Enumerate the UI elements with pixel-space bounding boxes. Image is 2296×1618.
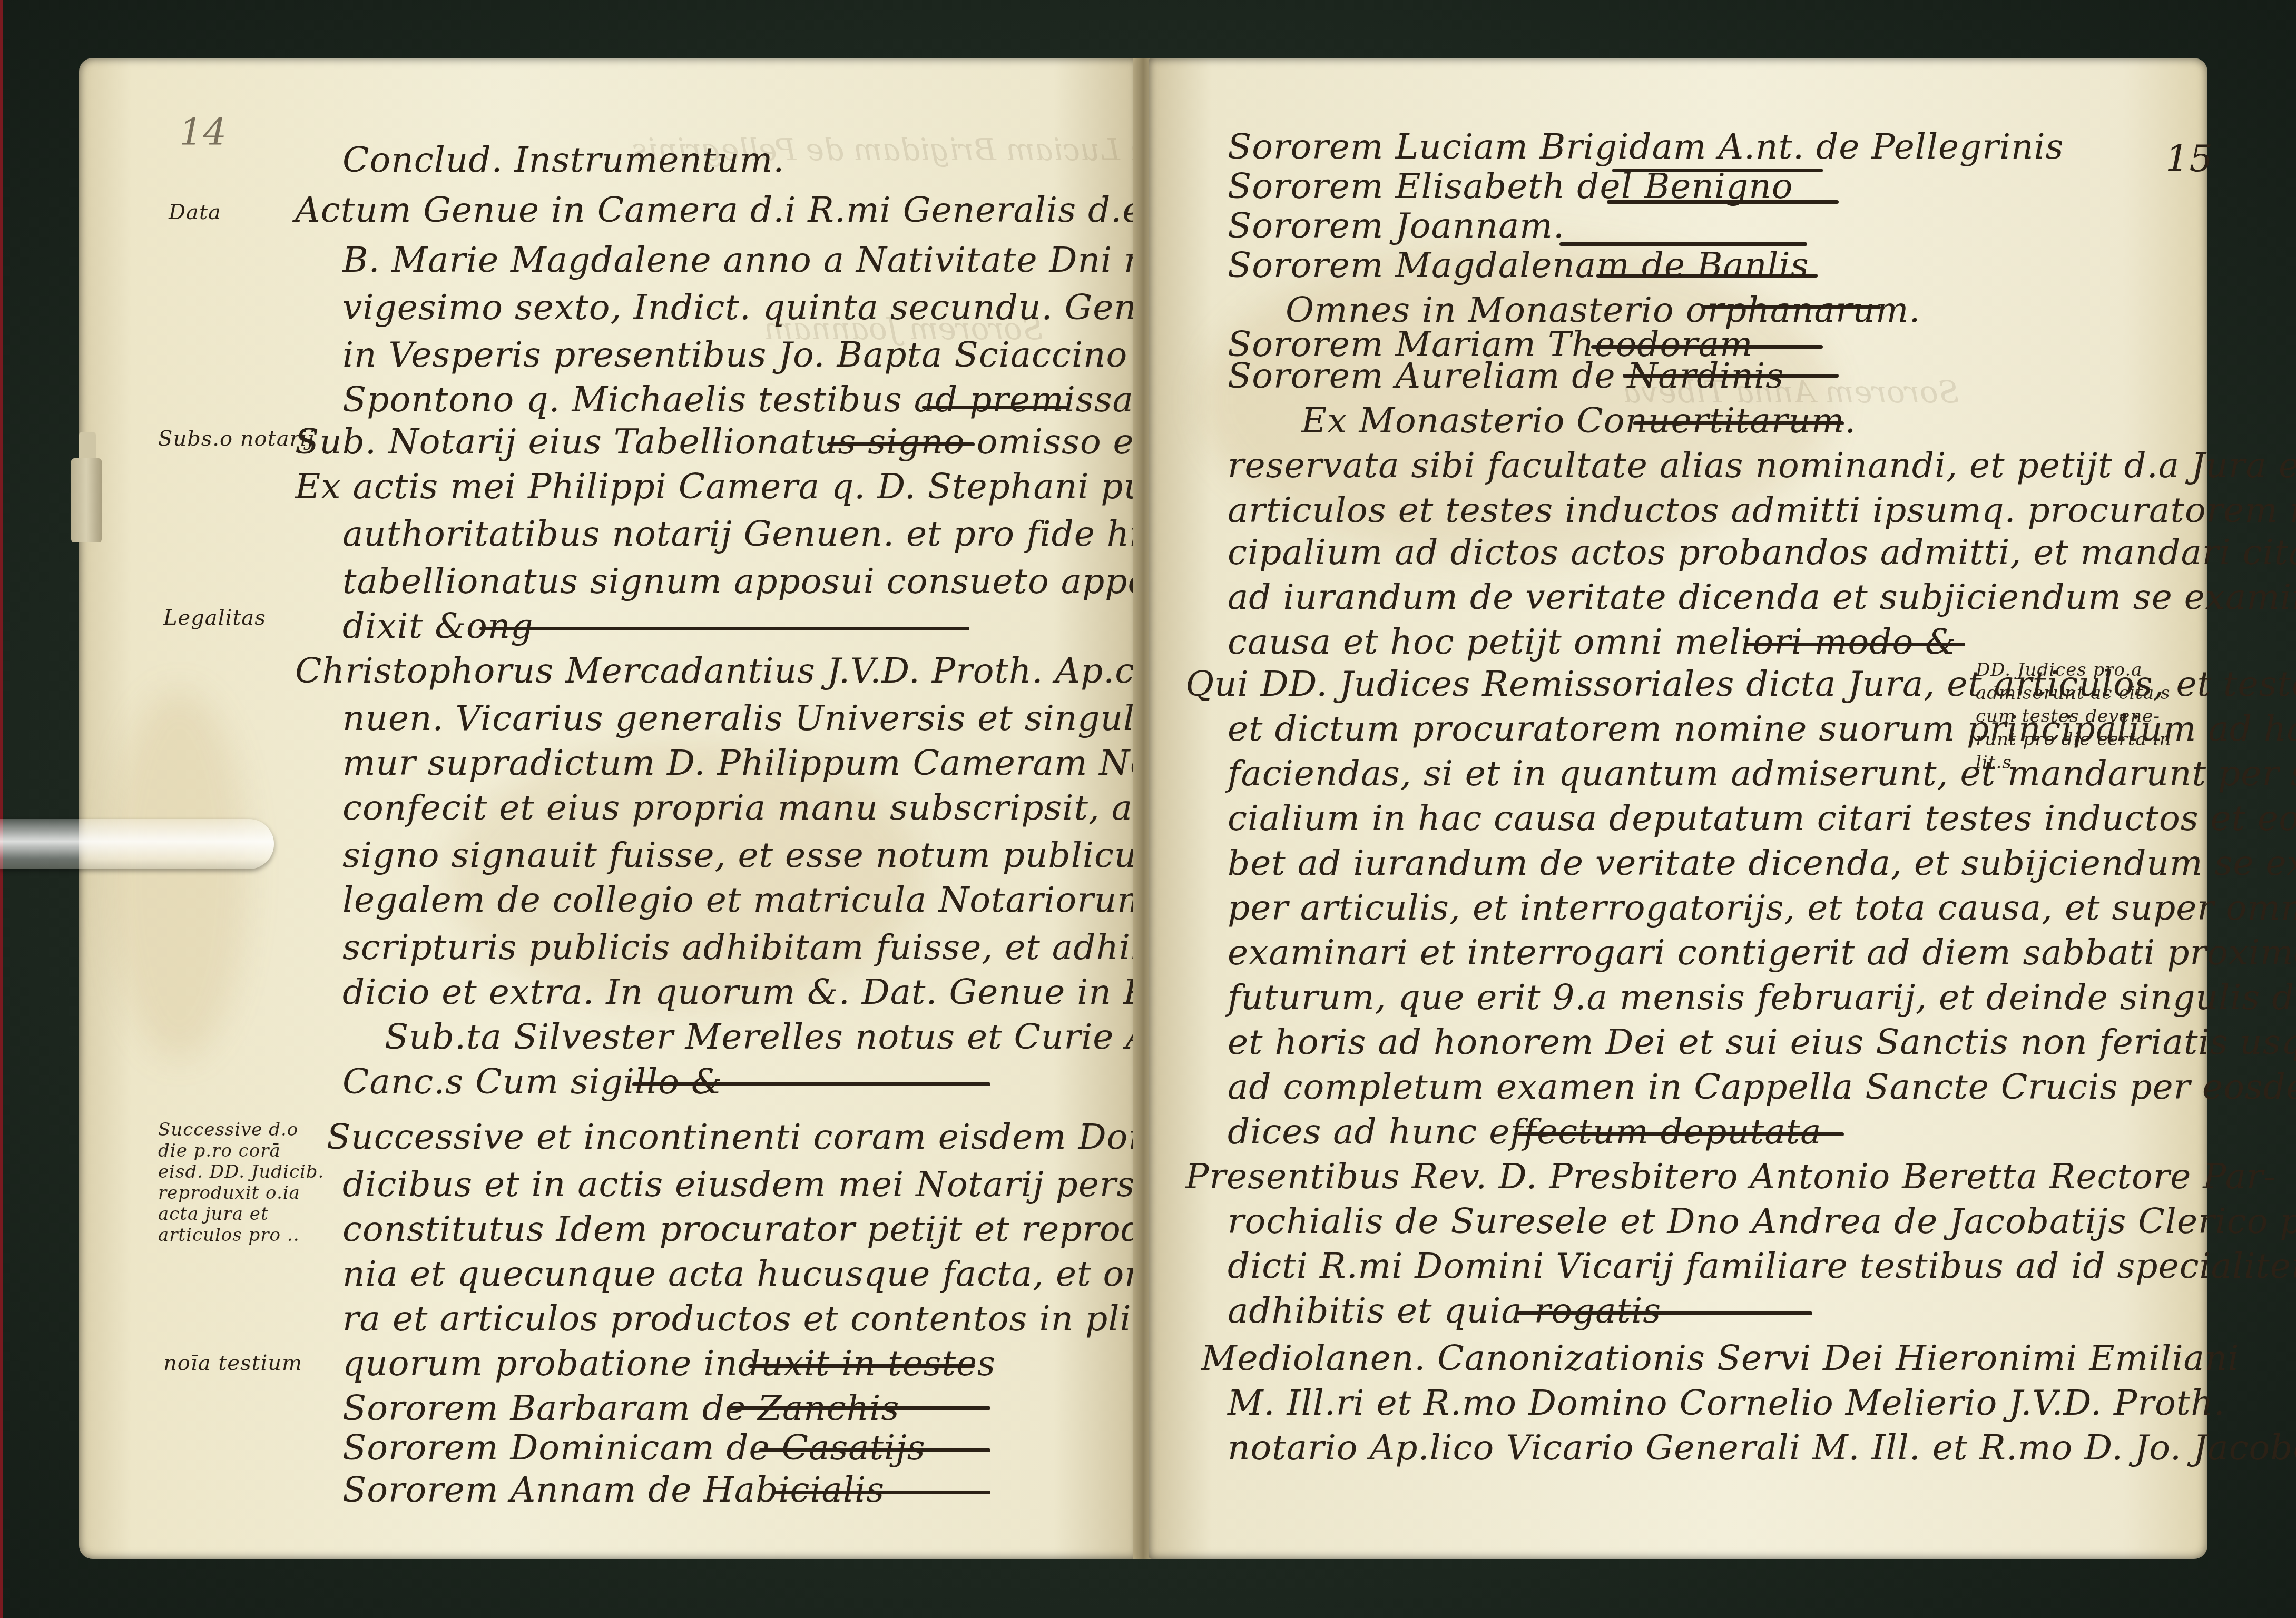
text-line: M. Ill.ri et R.mo Domino Cornelio Melier… (1228, 1383, 2225, 1423)
text-line: causa et hoc petijt omni meliori modo & (1228, 621, 1957, 662)
line-filler (774, 1491, 990, 1494)
text-line: Canc.s Cum sigillo & (342, 1061, 723, 1102)
line-filler (632, 1082, 990, 1086)
text-line: notario Ap.lico Vicario Generali M. Ill.… (1228, 1427, 2296, 1468)
text-line: bet ad iurandum de veritate dicenda, et … (1228, 843, 2296, 883)
line-filler (479, 627, 969, 630)
line-filler (1623, 374, 1839, 378)
name-line: Sororem Joannam. (1228, 205, 1565, 246)
text-line: et dictum procuratorem nomine suorum pri… (1228, 708, 2296, 749)
name-line: Sororem Luciam Brigidam A.nt. de Pellegr… (1228, 126, 2064, 167)
name-line: Sororem Dominicam de Casatijs (342, 1427, 926, 1468)
text-line: Qui DD. Judices Remissoriales dicta Jura… (1185, 664, 2296, 704)
text-line: Mediolanen. Canonizationis Servi Dei Hie… (1201, 1338, 2239, 1378)
text-line: Conclud. Instrumentum. (342, 140, 784, 180)
text-line: dices ad hunc effectum deputata (1228, 1111, 1822, 1152)
margin-note-testium: noīa testium (163, 1351, 302, 1375)
line-filler (827, 442, 975, 446)
line-filler (1702, 305, 1881, 309)
folio-number: 14 (179, 111, 227, 154)
line-filler (1744, 643, 1965, 646)
text-line: articulos et testes inductos admitti ips… (1228, 490, 2296, 530)
text-line: adhibitis et quia rogatis (1228, 1290, 1661, 1331)
text-line: cialium in hac causa deputatum citari te… (1228, 798, 2296, 838)
text-line: reservata sibi facultate alias nominandi… (1228, 445, 2296, 486)
text-line: dixit &ong (342, 606, 533, 646)
margin-note-legalitas: Legalitas (163, 606, 266, 630)
right-page: Sororem Anna Tibeva 15 DD. Judices pro.a… (1149, 58, 2207, 1559)
line-filler (1517, 1311, 1812, 1315)
text-line: ad iurandum de veritate dicenda et subji… (1228, 577, 2296, 617)
line-filler (1591, 345, 1823, 349)
binding-clip-top (79, 432, 96, 461)
line-filler (759, 1448, 990, 1452)
name-line: Sororem Magdalenam de Banlis (1228, 245, 1809, 285)
scan-edge (0, 0, 3, 1618)
text-line: ra et articulos productos et contentos i… (342, 1298, 1246, 1339)
margin-note-successive: Successive d.o die p.ro corā eisd. DD. J… (158, 1119, 332, 1246)
glass-rod-weight (0, 819, 274, 869)
line-filler (1607, 200, 1839, 204)
folio-number: 15 (2165, 137, 2213, 180)
margin-note-data: Data (169, 200, 221, 224)
text-line: faciendas, si et in quantum admiserunt, … (1228, 753, 2296, 794)
manuscript-book: Sororem Luciam Brigidam de Pellegrinis S… (79, 58, 2213, 1559)
line-filler (727, 1406, 990, 1410)
text-line: ad completum examen in Cappella Sancte C… (1228, 1067, 2296, 1107)
line-filler (1633, 421, 1844, 425)
line-filler (922, 406, 1069, 409)
text-line: rochialis de Suresele et Dno Andrea de J… (1228, 1201, 2296, 1241)
text-line: examinari et interrogari contigerit ad d… (1228, 932, 2296, 973)
text-line: et horis ad honorem Dei et sui eius Sanc… (1228, 1022, 2296, 1062)
water-stain (111, 690, 248, 1059)
margin-note-subscriptio: Subs.o notarij (158, 427, 315, 451)
line-filler (1596, 274, 1818, 278)
text-line: dicti R.mi Domini Vicarij familiare test… (1228, 1246, 2296, 1286)
text-line: quorum probatione induxit in testes (342, 1343, 996, 1384)
text-line: cipalium ad dictos actos probandos admit… (1228, 532, 2296, 573)
line-filler (748, 1364, 975, 1368)
name-line: Sororem Annam de Habicialis (342, 1469, 885, 1510)
text-line: Ex Monasterio Conuertitarum. (1301, 400, 1856, 441)
text-line: per articulis, et interrogatorijs, et to… (1228, 887, 2296, 928)
line-filler (1517, 1132, 1844, 1136)
text-line: Presentibus Rev. D. Presbitero Antonio B… (1185, 1156, 2276, 1197)
left-page: Sororem Luciam Brigidam de Pellegrinis S… (79, 58, 1138, 1559)
binding-clip (71, 458, 102, 542)
text-line: futurum, que erit 9.a mensis februarij, … (1228, 977, 2296, 1018)
